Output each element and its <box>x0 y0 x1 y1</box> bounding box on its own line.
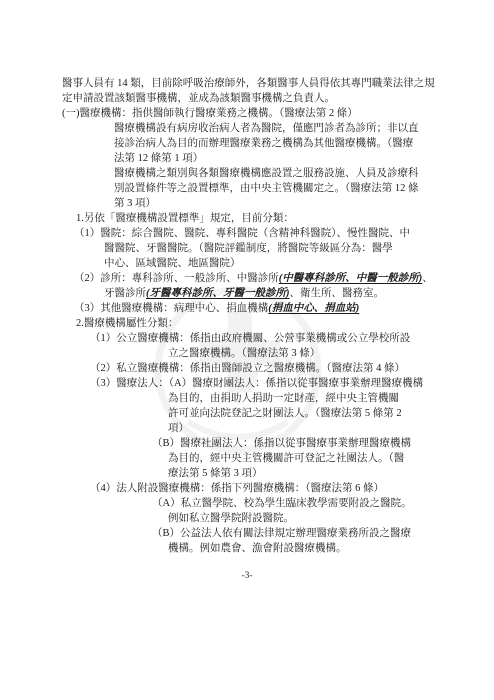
doc-line: 項） <box>168 422 189 435</box>
text-segment: 定申請設置該類醫事機構，並成為該類醫事機構之負責人。 <box>62 93 335 104</box>
doc-line: （2）私立醫療機構：係指由醫師設立之醫療機構。（醫療法第 4 條） <box>90 362 405 375</box>
text-segment: 接診治病人為目的而辦理醫療業務之機構為其他醫療機構。（醫療 <box>114 138 413 149</box>
text-segment: (一)醫療機構：指供醫師執行醫療業務之機構。（醫療法第 2 條） <box>62 108 358 119</box>
text-segment: 為目的，由捐助人捐助一定財產，經中央主管機關 <box>168 393 399 404</box>
doc-line: 醫療機構之類別與各類醫療機構應設置之服務設施、人員及診療科 <box>114 167 419 180</box>
document-page: NHA 醫事人員有 14 類，目前除呼吸治療師外，各類醫事人員得依其專門職業法律… <box>0 0 494 700</box>
doc-line: 醫療機構設有病房收治病人者為醫院，僅應門診者為診所；非以直 <box>114 122 419 135</box>
text-segment: 許可並向法院登記之財團法人。（醫療法第 5 條第 2 <box>168 408 402 419</box>
doc-line: 法第 12 條第 1 項） <box>114 152 203 165</box>
doc-line: 機構。例如農會、漁會附設醫療機構。 <box>168 542 347 555</box>
doc-line: 療法第 5 條第 3 項） <box>168 467 263 480</box>
text-segment: （A）私立醫學院、校為學生臨床教學需要附設之醫院。 <box>152 498 412 509</box>
doc-line: 許可並向法院登記之財團法人。（醫療法第 5 條第 2 <box>168 407 402 420</box>
document-body: 醫事人員有 14 類，目前除呼吸治療師外，各類醫事人員得依其專門職業法律之規定申… <box>0 0 494 700</box>
text-segment: （B）公益法人依有關法律規定辦理醫療業務所設之醫療 <box>152 528 411 539</box>
doc-line: （B）公益法人依有關法律規定辦理醫療業務所設之醫療 <box>152 527 411 540</box>
text-segment: （1）公立醫療機構：係指由政府機關、公營事業機構或公立學校所設 <box>90 333 410 344</box>
page-number: -3- <box>0 571 494 581</box>
text-segment: 1.另依「醫療機構設置標準」規定，目前分類： <box>76 213 294 224</box>
emphasized-text: (捐血中心、捐血站) <box>268 303 359 314</box>
doc-line: 別設置條件等之設置標準，由中央主管機關定之。（醫療法第 12 條 <box>114 182 419 195</box>
doc-line: 定申請設置該類醫事機構，並成為該類醫事機構之負責人。 <box>62 92 335 105</box>
text-segment: 為目的，經中央主管機關許可登記之社團法人。（醫 <box>168 453 404 464</box>
emphasized-text: (牙醫專科診所、牙醫一般診所) <box>146 288 290 299</box>
doc-line: （A）私立醫學院、校為學生臨床教學需要附設之醫院。 <box>152 497 412 510</box>
text-segment: 醫事人員有 14 類，目前除呼吸治療師外，各類醫事人員得依其專門職業法律之規 <box>62 78 435 89</box>
text-segment: 醫療機構設有病房收治病人者為醫院，僅應門診者為診所；非以直 <box>114 123 419 134</box>
text-segment: 法第 12 條第 1 項） <box>114 153 203 164</box>
doc-line: （B）醫療社團法人：係指以從事醫療事業辦理醫療機構 <box>152 437 411 450</box>
doc-line: （3）醫療法人：（A）醫療財團法人：係指以從事醫療事業辦理醫療機構 <box>90 377 423 390</box>
doc-line: （2）診所：專科診所、一般診所、中醫診所(中醫專科診所、中醫一般診所)、 <box>74 272 433 285</box>
doc-line: 接診治病人為目的而辦理醫療業務之機構為其他醫療機構。（醫療 <box>114 137 413 150</box>
text-segment: 中心、區域醫院、地區醫院） <box>104 258 241 269</box>
doc-line: 例如私立醫學院附設醫院。 <box>168 512 294 525</box>
doc-line: 為目的，經中央主管機關許可登記之社團法人。（醫 <box>168 452 404 465</box>
text-segment: （1）醫院：綜合醫院、醫院、專科醫院（含精神科醫院）、慢性醫院、中 <box>74 228 410 239</box>
text-segment: 、 <box>422 273 433 284</box>
doc-line: 中心、區域醫院、地區醫院） <box>104 257 241 270</box>
emphasized-text: (中醫專科診所、中醫一般診所) <box>279 273 423 284</box>
text-segment: 機構。例如農會、漁會附設醫療機構。 <box>168 543 347 554</box>
text-segment: （3）醫療法人：（A）醫療財團法人：係指以從事醫療事業辦理醫療機構 <box>90 378 423 389</box>
text-segment: 2.醫療機構屬性分類： <box>76 318 178 329</box>
doc-line: 立之醫療機構。（醫療法第 3 條） <box>168 347 320 360</box>
doc-line: （1）公立醫療機構：係指由政府機關、公營事業機構或公立學校所設 <box>90 332 410 345</box>
text-segment: （B）醫療社團法人：係指以從事醫療事業辦理醫療機構 <box>152 438 411 449</box>
doc-line: 醫醫院、牙醫醫院。（醫院評鑑制度，將醫院等級區分為：醫學 <box>104 242 393 255</box>
doc-line: 2.醫療機構屬性分類： <box>76 317 178 330</box>
doc-line: （4）法人附設醫療機構：係指下列醫療機構：（醫療法第 6 條） <box>90 482 384 495</box>
doc-line: 第 3 項） <box>114 197 156 210</box>
doc-line: （3）其他醫療機構：病理中心、捐血機構(捐血中心、捐血站) <box>74 302 359 315</box>
text-segment: 醫療機構之類別與各類醫療機構應設置之服務設施、人員及診療科 <box>114 168 419 179</box>
text-segment: 牙醫診所 <box>104 288 146 299</box>
doc-line: (一)醫療機構：指供醫師執行醫療業務之機構。（醫療法第 2 條） <box>62 107 358 120</box>
doc-line: 1.另依「醫療機構設置標準」規定，目前分類： <box>76 212 294 225</box>
doc-line: 牙醫診所(牙醫專科診所、牙醫一般診所)、衛生所、醫務室。 <box>104 287 384 300</box>
text-segment: 立之醫療機構。（醫療法第 3 條） <box>168 348 320 359</box>
text-segment: （4）法人附設醫療機構：係指下列醫療機構：（醫療法第 6 條） <box>90 483 384 494</box>
text-segment: 療法第 5 條第 3 項） <box>168 468 263 479</box>
text-segment: 醫醫院、牙醫醫院。（醫院評鑑制度，將醫院等級區分為：醫學 <box>104 243 393 254</box>
text-segment: （2）診所：專科診所、一般診所、中醫診所 <box>74 273 279 284</box>
text-segment: 別設置條件等之設置標準，由中央主管機關定之。（醫療法第 12 條 <box>114 183 419 194</box>
text-segment: 、衛生所、醫務室。 <box>290 288 385 299</box>
doc-line: （1）醫院：綜合醫院、醫院、專科醫院（含精神科醫院）、慢性醫院、中 <box>74 227 410 240</box>
text-segment: （3）其他醫療機構：病理中心、捐血機構 <box>74 303 268 314</box>
text-segment: 例如私立醫學院附設醫院。 <box>168 513 294 524</box>
text-segment: 項） <box>168 423 189 434</box>
doc-line: 醫事人員有 14 類，目前除呼吸治療師外，各類醫事人員得依其專門職業法律之規 <box>62 77 435 90</box>
text-segment: （2）私立醫療機構：係指由醫師設立之醫療機構。（醫療法第 4 條） <box>90 363 405 374</box>
doc-line: 為目的，由捐助人捐助一定財產，經中央主管機關 <box>168 392 399 405</box>
text-segment: 第 3 項） <box>114 198 156 209</box>
